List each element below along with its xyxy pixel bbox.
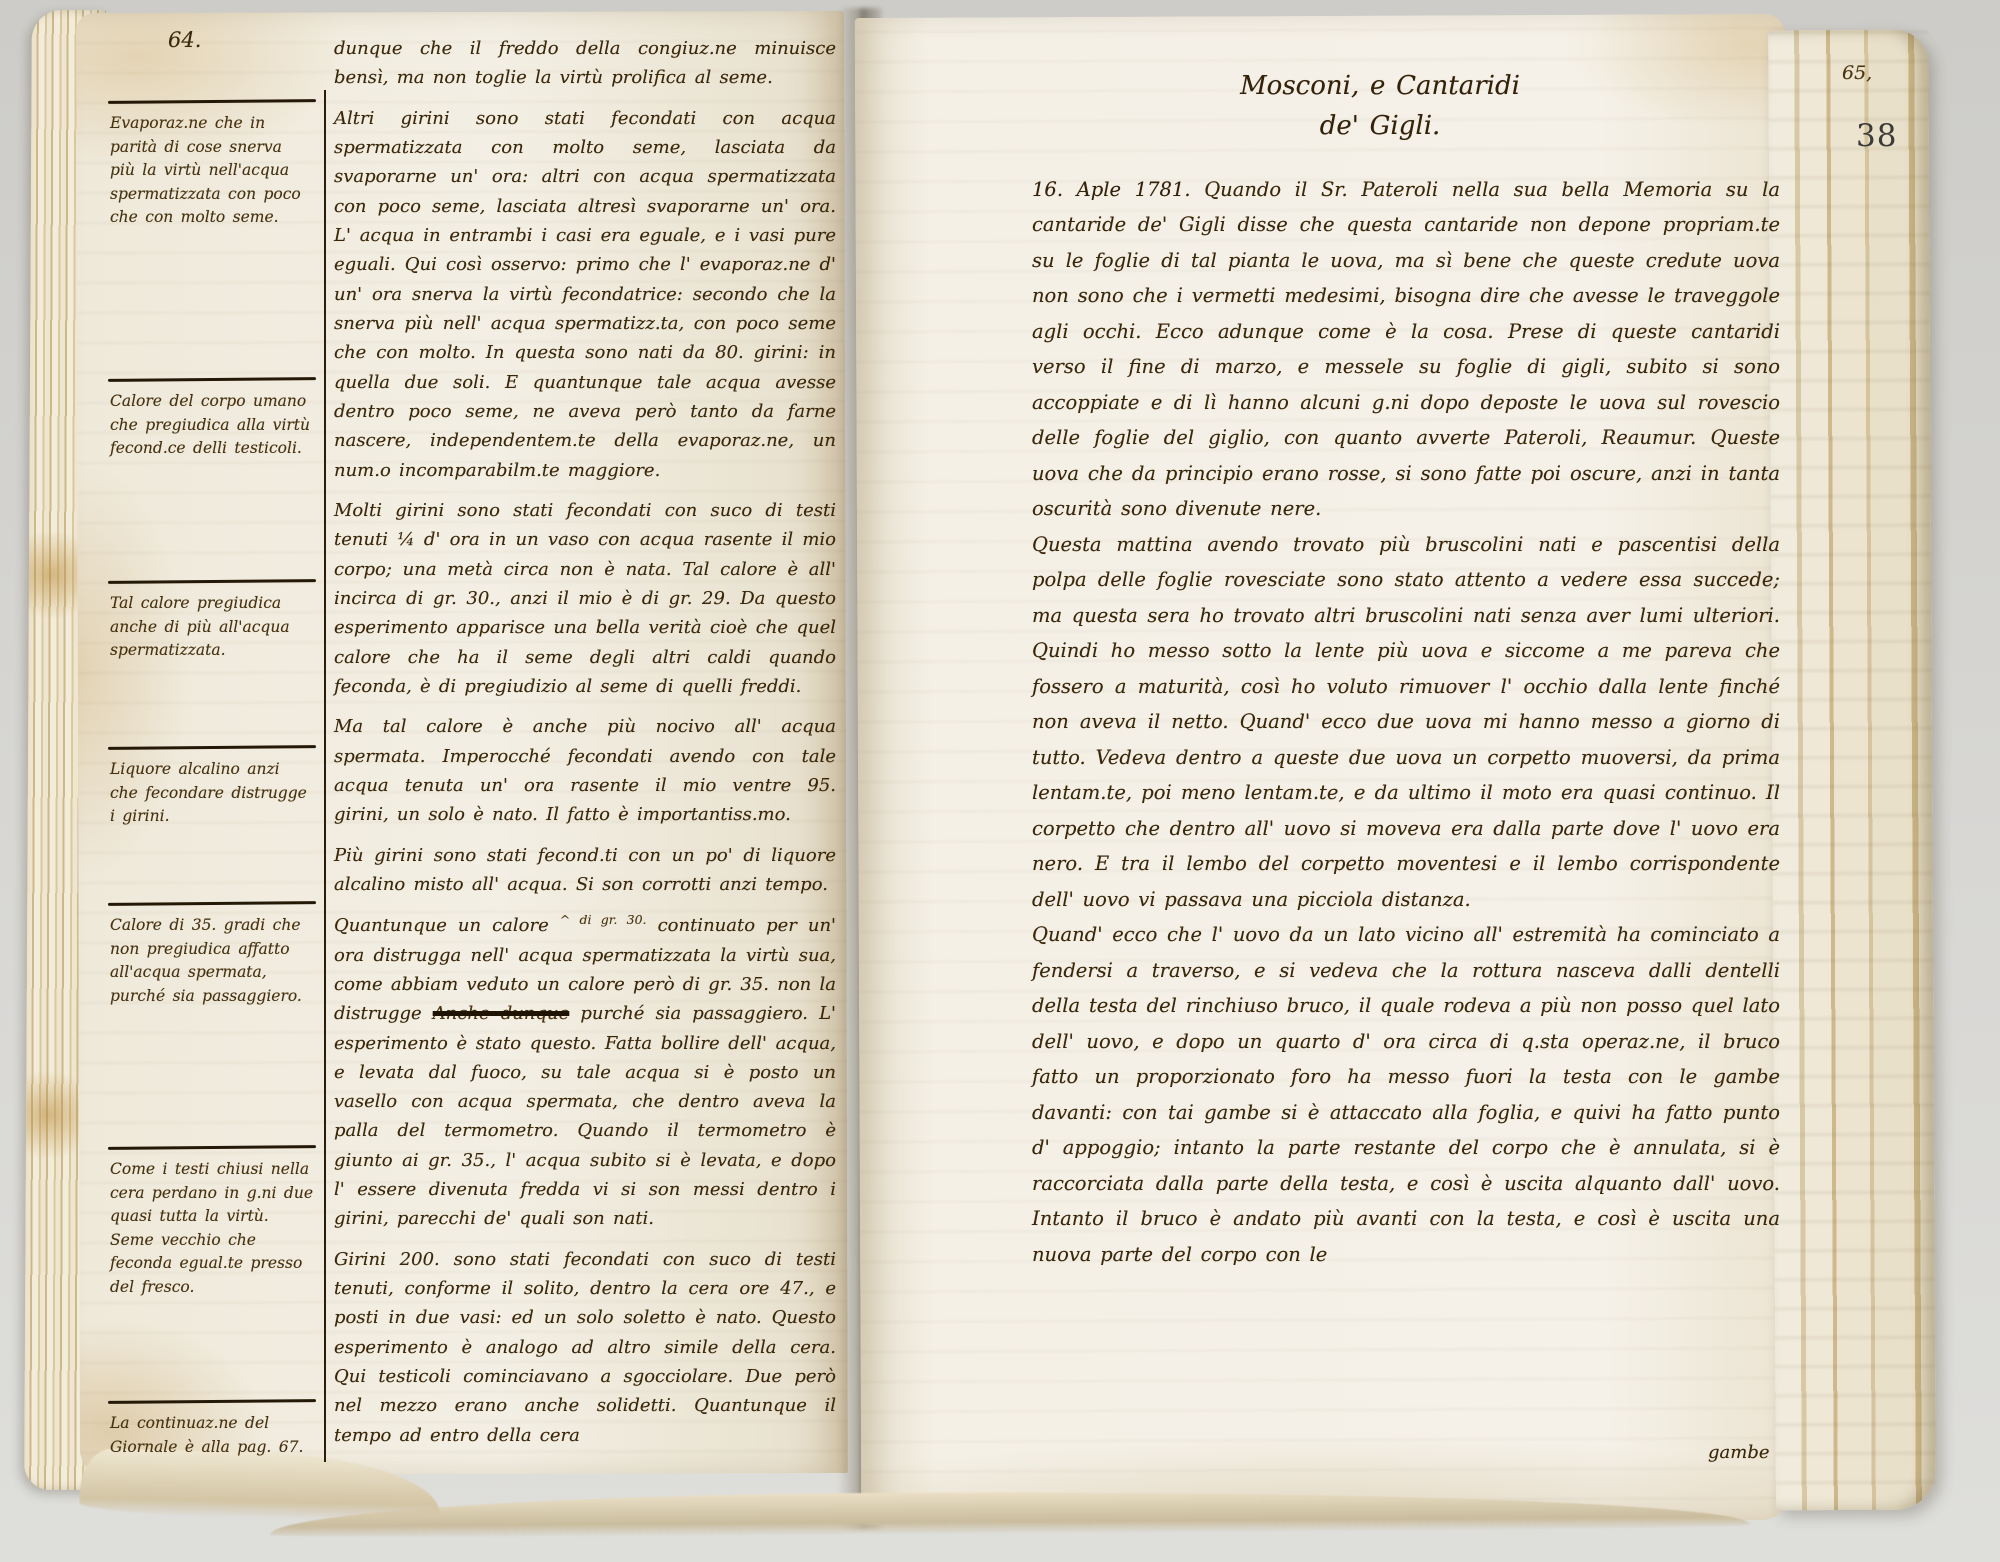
- interline-insertion: ^ di gr. 30.: [560, 912, 647, 927]
- margin-note-calore-35-gradi: Calore di 35. gradi che non pregiudica a…: [106, 892, 324, 1136]
- margin-note-evaporazione: Evaporaz.ne che in parità di cose snerva…: [106, 90, 324, 368]
- entry-date: 16. Aple 1781.: [1032, 178, 1191, 201]
- manuscript-paragraph-with-insertion: Quantunque un calore ^ di gr. 30. contin…: [334, 910, 836, 1234]
- manuscript-paragraph: dunque che il freddo della congiuz.ne mi…: [334, 34, 836, 93]
- text-segment: Quantunque un calore: [334, 915, 549, 936]
- right-page-stack-edges: [1768, 30, 1936, 1511]
- right-page-text: 16. Aple 1781. Quando il Sr. Pateroli ne…: [1032, 172, 1780, 1272]
- right-page-number-handwritten: 65,: [1842, 62, 1872, 84]
- chapter-title: Mosconi, e Cantaridi de' Gigli.: [1030, 66, 1730, 147]
- chapter-title-line1: Mosconi, e Cantaridi: [1030, 66, 1730, 106]
- journal-entry-start: 16. Aple 1781. Quando il Sr. Pateroli ne…: [1032, 172, 1780, 527]
- manuscript-paragraph: Questa mattina avendo trovato più brusco…: [1032, 527, 1780, 917]
- left-page-number: 64.: [168, 28, 201, 52]
- manuscript-paragraph: Più girini sono stati fecond.ti con un p…: [334, 841, 836, 900]
- manuscript-photo: 64. Evaporaz.ne che in parità di cose sn…: [0, 0, 2000, 1562]
- margin-note-continuazione: La continuaz.ne del Giornale è alla pag.…: [106, 1390, 324, 1465]
- margin-note-tal-calore: Tal calore pregiudica anche di più all'a…: [106, 570, 324, 736]
- manuscript-paragraph: Altri girini sono stati fecondati con ac…: [334, 104, 836, 485]
- margin-note-calore-corpo: Calore del corpo umano che pregiudica al…: [106, 368, 324, 570]
- struck-out-words: Anche dunque: [433, 1003, 569, 1024]
- bleed-through-texture: [1768, 30, 1936, 1511]
- margin-notes-column: Evaporaz.ne che in parità di cose snerva…: [106, 90, 326, 1462]
- text-segment: purché sia passaggiero. L' esperimento è…: [334, 1003, 836, 1229]
- manuscript-paragraph: Ma tal calore è anche più nocivo all' ac…: [334, 712, 836, 829]
- manuscript-paragraph: Molti girini sono stati fecondati con su…: [334, 496, 836, 701]
- folio-number-stamp: 38: [1856, 118, 1897, 154]
- chapter-title-line2: de' Gigli.: [1030, 106, 1730, 146]
- catchword: gambe: [1708, 1442, 1770, 1463]
- open-book: 64. Evaporaz.ne che in parità di cose sn…: [20, 0, 1950, 1555]
- margin-note-testi-cera: Come i testi chiusi nella cera perdano i…: [106, 1136, 324, 1390]
- margin-note-liquore-alcalino: Liquore alcalino anzi che fecondare dist…: [106, 736, 324, 892]
- text-segment: Quando il Sr. Pateroli nella sua bella M…: [1032, 178, 1780, 520]
- manuscript-paragraph: Quand' ecco che l' uovo da un lato vicin…: [1032, 917, 1780, 1272]
- manuscript-paragraph: Girini 200. sono stati fecondati con suc…: [334, 1245, 836, 1450]
- left-page-text: dunque che il freddo della congiuz.ne mi…: [334, 34, 836, 1461]
